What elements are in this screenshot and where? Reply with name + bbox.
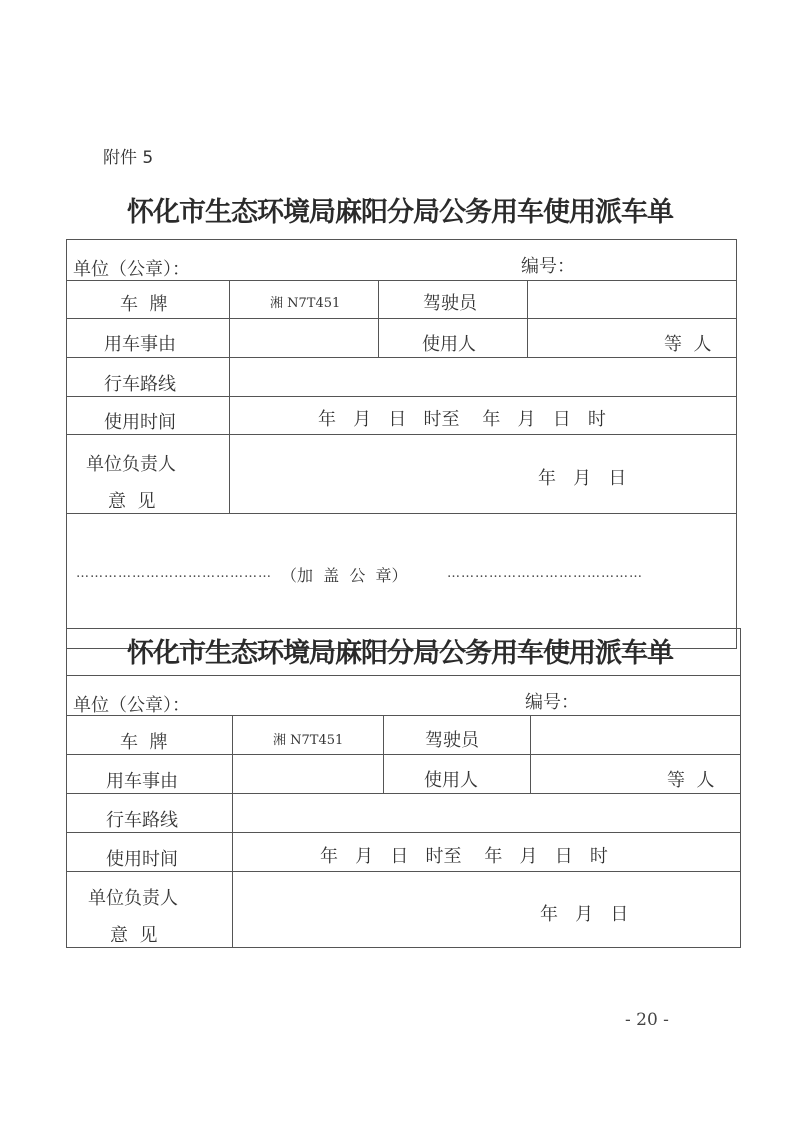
user-suffix: 等 人 [664, 330, 711, 356]
page-number: - 20 - [625, 1010, 669, 1030]
plate-value[interactable]: 湘 N7T451 [270, 292, 340, 311]
approval-date: 年 月 日 [540, 900, 628, 926]
reason-field[interactable] [239, 764, 377, 788]
user-suffix: 等 人 [667, 766, 714, 792]
driver-label: 驾驶员 [425, 726, 479, 752]
approval-label-line2: 意 见 [108, 487, 155, 513]
seal-dots-right: …………………………………… [447, 566, 643, 581]
number-label: 编号： [525, 688, 579, 714]
approval-date: 年 月 日 [538, 464, 626, 490]
form-title-1: 怀化市生态环境局麻阳分局公务用车使用派车单 [60, 190, 740, 229]
time-value[interactable]: 年 月 日 时至 年 月 日 时 [320, 842, 608, 868]
driver-label: 驾驶员 [423, 289, 477, 315]
unit-label: 单位（公章）： [73, 691, 190, 717]
route-label: 行车路线 [104, 370, 176, 396]
number-label: 编号： [521, 252, 575, 278]
driver-field[interactable] [535, 289, 730, 313]
seal-dots-left: …………………………………… [76, 566, 272, 581]
approval-label-line1: 单位负责人 [88, 884, 178, 910]
route-field[interactable] [236, 366, 726, 390]
reason-field[interactable] [236, 328, 371, 352]
route-label: 行车路线 [106, 806, 178, 832]
approval-label-line2: 意 见 [110, 921, 157, 947]
approval-label-line1: 单位负责人 [86, 450, 176, 476]
user-label: 使用人 [424, 766, 478, 792]
user-label: 使用人 [422, 330, 476, 356]
attachment-label: 附件 5 [103, 143, 153, 168]
unit-label: 单位（公章）： [73, 255, 190, 281]
reason-label: 用车事由 [106, 767, 178, 793]
time-label: 使用时间 [106, 845, 178, 871]
plate-label: 车 牌 [120, 728, 167, 754]
route-field[interactable] [239, 802, 733, 826]
plate-value[interactable]: 湘 N7T451 [273, 729, 343, 748]
seal-label: （加 盖 公 章） [281, 563, 408, 586]
time-label: 使用时间 [104, 408, 176, 434]
driver-field[interactable] [538, 726, 733, 750]
reason-label: 用车事由 [104, 330, 176, 356]
plate-label: 车 牌 [120, 290, 167, 316]
time-value[interactable]: 年 月 日 时至 年 月 日 时 [318, 405, 606, 431]
